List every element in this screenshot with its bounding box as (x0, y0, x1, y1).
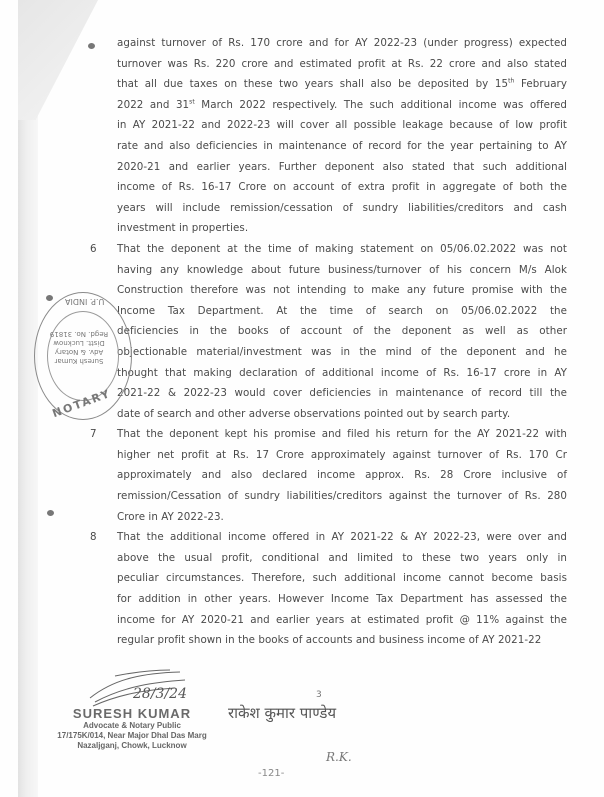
punch-hole-mark (47, 510, 54, 516)
text-line: Income Tax Department. At the time of se… (117, 301, 567, 322)
document-body: against turnover of Rs. 170 crore and fo… (117, 33, 567, 651)
paragraph-number: 8 (90, 527, 97, 548)
paragraph-number: 7 (90, 424, 97, 445)
notary-address-line-1: 17/175K/014, Near Major Dhal Das Marg (52, 731, 212, 741)
stamp-inner-text: Suresh KumarAdv. & NotaryDistt. LucknowR… (49, 329, 109, 365)
text-line: peculiar circumstances. Therefore, such … (117, 568, 567, 589)
text-line: That the deponent at the time of making … (117, 239, 567, 260)
text-line: that all due taxes on these two years sh… (117, 74, 567, 95)
deponent-signature: राकेश कुमार पाण्डेय (228, 703, 336, 723)
stamp-text-line: Distt. Lucknow (49, 338, 109, 347)
text-line: date of search and other adverse observa… (117, 404, 567, 425)
text-line: regular profit shown in the books of acc… (117, 630, 567, 651)
notary-name: SURESH KUMAR (52, 706, 212, 721)
paragraph-8: 8That the additional income offered in A… (117, 527, 567, 651)
text-line: having any knowledge about future busine… (117, 260, 567, 281)
text-line: rate and also deficiencies in maintenanc… (117, 136, 567, 157)
paragraph-7: 7That the deponent kept his promise and … (117, 424, 567, 527)
text-line: above the usual profit, conditional and … (117, 548, 567, 569)
page-number: -121- (258, 768, 284, 779)
notary-title: Advocate & Notary Public (52, 721, 212, 731)
text-line: 2021-22 & 2022-23 would cover deficienci… (117, 383, 567, 404)
text-line: 2020-21 and earlier years. Further depon… (117, 157, 567, 178)
text-line: in AY 2021-22 and 2022-23 will cover all… (117, 115, 567, 136)
text-line: turnover was Rs. 220 crore and estimated… (117, 54, 567, 75)
text-line: remission/Cessation of sundry liabilitie… (117, 486, 567, 507)
text-line: thought that making declaration of addit… (117, 363, 567, 384)
paragraph-continued: against turnover of Rs. 170 crore and fo… (117, 33, 567, 239)
paragraph-6: 6That the deponent at the time of making… (117, 239, 567, 424)
notary-address-line-2: Nazaljganj, Chowk, Lucknow (52, 741, 212, 751)
text-line: That the deponent kept his promise and f… (117, 424, 567, 445)
stamp-ring-top-text: U.P. INDIA (65, 297, 104, 306)
text-line: Crore in AY 2022-23. (117, 507, 567, 528)
paragraph-number: 6 (90, 239, 97, 260)
text-line: That the additional income offered in AY… (117, 527, 567, 548)
stamp-text-line: Suresh Kumar (49, 356, 109, 365)
text-line: for addition in other years. However Inc… (117, 589, 567, 610)
text-line: higher net profit at Rs. 17 Crore approx… (117, 445, 567, 466)
text-line: years will include remission/cessation o… (117, 198, 567, 219)
punch-hole-mark (46, 295, 53, 301)
text-line: against turnover of Rs. 170 crore and fo… (117, 33, 567, 54)
text-line: 2022 and 31st March 2022 respectively. T… (117, 95, 567, 116)
text-line: objectionable material/investment was in… (117, 342, 567, 363)
text-line: deficiencies in the books of account of … (117, 321, 567, 342)
text-line: approximately and also declared income a… (117, 465, 567, 486)
signature-date: 28/3/24 (133, 686, 187, 702)
notary-round-stamp: U.P. INDIA Suresh KumarAdv. & NotaryDist… (34, 292, 132, 420)
ink-spot (88, 43, 95, 49)
stamp-text-line: Regd. No. 31819 (49, 329, 109, 338)
page-mark: 3 (316, 690, 322, 700)
notary-seal: SURESH KUMAR Advocate & Notary Public 17… (52, 706, 212, 751)
text-line: Construction therefore was not intending… (117, 280, 567, 301)
initials: R.K. (326, 750, 352, 764)
text-line: investment in properties. (117, 218, 567, 239)
text-line: income of Rs. 16-17 Crore on account of … (117, 177, 567, 198)
text-line: income for AY 2020-21 and earlier years … (117, 610, 567, 631)
stamp-text-line: Adv. & Notary (49, 347, 109, 356)
